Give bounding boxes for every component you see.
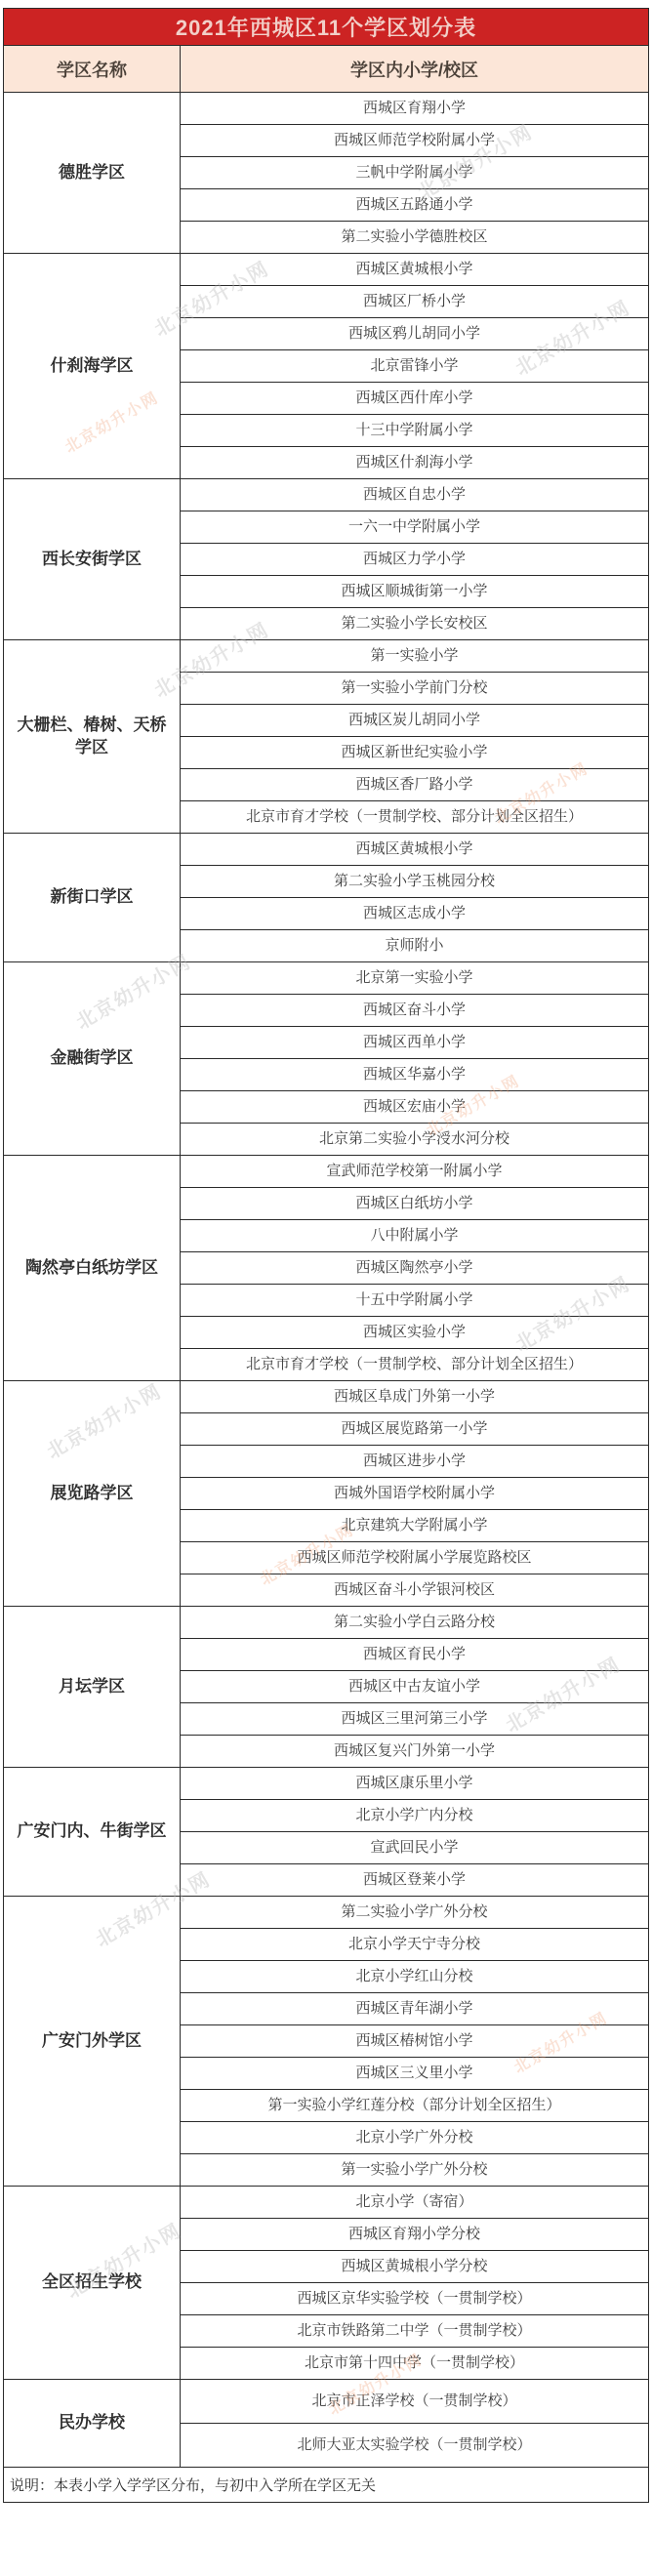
school-cell: 第二实验小学德胜校区 bbox=[181, 222, 649, 254]
district-name-cell: 西长安街学区 bbox=[4, 479, 181, 640]
header-row: 学区名称 学区内小学/校区 bbox=[4, 46, 649, 93]
district-name-cell: 民办学校 bbox=[4, 2380, 181, 2468]
column-header-district: 学区名称 bbox=[4, 46, 181, 93]
school-cell: 十五中学附属小学 bbox=[181, 1285, 649, 1317]
school-cell: 北京市正泽学校（一贯制学校） bbox=[181, 2380, 649, 2424]
table-row: 月坛学区第二实验小学白云路分校 bbox=[4, 1607, 649, 1639]
school-cell: 西城区实验小学 bbox=[181, 1317, 649, 1349]
school-cell: 西城区志成小学 bbox=[181, 898, 649, 930]
school-cell: 第二实验小学玉桃园分校 bbox=[181, 866, 649, 898]
school-cell: 西城区什刹海小学 bbox=[181, 447, 649, 479]
school-cell: 西城区中古友谊小学 bbox=[181, 1671, 649, 1703]
school-cell: 西城区阜成门外第一小学 bbox=[181, 1381, 649, 1413]
school-cell: 西城区白纸坊小学 bbox=[181, 1188, 649, 1220]
school-cell: 西城外国语学校附属小学 bbox=[181, 1478, 649, 1510]
school-cell: 北京市铁路第二中学（一贯制学校） bbox=[181, 2315, 649, 2348]
school-cell: 西城区黄城根小学 bbox=[181, 254, 649, 286]
school-cell: 第一实验小学红莲分校（部分计划全区招生） bbox=[181, 2090, 649, 2122]
table-row: 西长安街学区西城区自忠小学 bbox=[4, 479, 649, 511]
school-cell: 第一实验小学广外分校 bbox=[181, 2154, 649, 2187]
district-name-cell: 大栅栏、椿树、天桥学区 bbox=[4, 640, 181, 834]
school-cell: 西城区育翔小学分校 bbox=[181, 2219, 649, 2251]
school-cell: 西城区顺城街第一小学 bbox=[181, 576, 649, 608]
school-cell: 西城区育翔小学 bbox=[181, 93, 649, 125]
school-cell: 西城区登莱小学 bbox=[181, 1864, 649, 1897]
school-cell: 西城区陶然亭小学 bbox=[181, 1252, 649, 1285]
school-cell: 北京第二实验小学涭水河分校 bbox=[181, 1124, 649, 1156]
page-title: 2021年西城区11个学区划分表 bbox=[4, 9, 649, 46]
school-cell: 西城区宏庙小学 bbox=[181, 1091, 649, 1124]
school-cell: 第一实验小学前门分校 bbox=[181, 673, 649, 705]
table-row: 全区招生学校北京小学（寄宿） bbox=[4, 2187, 649, 2219]
table-row: 广安门内、牛街学区西城区康乐里小学 bbox=[4, 1768, 649, 1800]
table-row: 新街口学区西城区黄城根小学 bbox=[4, 834, 649, 866]
school-cell: 北京小学广外分校 bbox=[181, 2122, 649, 2154]
note-text: 说明：本表小学入学学区分布，与初中入学所在学区无关 bbox=[4, 2468, 649, 2503]
school-cell: 第二实验小学长安校区 bbox=[181, 608, 649, 640]
school-cell: 西城区育民小学 bbox=[181, 1639, 649, 1671]
note-row: 说明：本表小学入学学区分布，与初中入学所在学区无关 bbox=[4, 2468, 649, 2503]
school-cell: 西城区五路通小学 bbox=[181, 189, 649, 222]
school-cell: 北京市育才学校（一贯制学校、部分计划全区招生） bbox=[181, 1349, 649, 1381]
school-cell: 北京市育才学校（一贯制学校、部分计划全区招生） bbox=[181, 801, 649, 834]
school-cell: 北京市第十四中学（一贯制学校） bbox=[181, 2348, 649, 2380]
table-row: 大栅栏、椿树、天桥学区第一实验小学 bbox=[4, 640, 649, 673]
school-cell: 京师附小 bbox=[181, 930, 649, 962]
school-cell: 宣武回民小学 bbox=[181, 1832, 649, 1864]
district-name-cell: 金融街学区 bbox=[4, 962, 181, 1156]
school-cell: 第二实验小学白云路分校 bbox=[181, 1607, 649, 1639]
school-cell: 西城区自忠小学 bbox=[181, 479, 649, 511]
school-cell: 西城区炭儿胡同小学 bbox=[181, 705, 649, 737]
school-cell: 第二实验小学广外分校 bbox=[181, 1897, 649, 1929]
district-name-cell: 展览路学区 bbox=[4, 1381, 181, 1607]
school-cell: 西城区三里河第三小学 bbox=[181, 1703, 649, 1736]
school-cell: 西城区复兴门外第一小学 bbox=[181, 1736, 649, 1768]
school-cell: 西城区椿树馆小学 bbox=[181, 2025, 649, 2058]
district-table: 2021年西城区11个学区划分表 学区名称 学区内小学/校区 德胜学区西城区育翔… bbox=[3, 8, 649, 2503]
school-cell: 八中附属小学 bbox=[181, 1220, 649, 1252]
school-cell: 西城区师范学校附属小学展览路校区 bbox=[181, 1542, 649, 1574]
school-cell: 十三中学附属小学 bbox=[181, 415, 649, 447]
column-header-school: 学区内小学/校区 bbox=[181, 46, 649, 93]
school-cell: 西城区鸦儿胡同小学 bbox=[181, 318, 649, 350]
table-row: 展览路学区西城区阜成门外第一小学 bbox=[4, 1381, 649, 1413]
school-cell: 北京雷锋小学 bbox=[181, 350, 649, 383]
school-cell: 西城区三义里小学 bbox=[181, 2058, 649, 2090]
table-row: 广安门外学区第二实验小学广外分校 bbox=[4, 1897, 649, 1929]
district-name-cell: 德胜学区 bbox=[4, 93, 181, 254]
school-cell: 西城区进步小学 bbox=[181, 1446, 649, 1478]
school-cell: 宣武师范学校第一附属小学 bbox=[181, 1156, 649, 1188]
school-cell: 一六一中学附属小学 bbox=[181, 511, 649, 544]
district-name-cell: 什刹海学区 bbox=[4, 254, 181, 479]
page: 北京幼升小网 北京幼升小网 北京幼升小网 北京幼升小网 北京幼升小网 北京幼升小… bbox=[0, 0, 652, 2576]
school-cell: 西城区康乐里小学 bbox=[181, 1768, 649, 1800]
table-row: 德胜学区西城区育翔小学 bbox=[4, 93, 649, 125]
school-cell: 西城区西什库小学 bbox=[181, 383, 649, 415]
school-cell: 北京小学天宁寺分校 bbox=[181, 1929, 649, 1961]
district-name-cell: 广安门内、牛街学区 bbox=[4, 1768, 181, 1897]
school-cell: 西城区力学小学 bbox=[181, 544, 649, 576]
school-cell: 西城区西单小学 bbox=[181, 1027, 649, 1059]
school-cell: 北师大亚太实验学校（一贯制学校） bbox=[181, 2424, 649, 2468]
school-cell: 西城区师范学校附属小学 bbox=[181, 125, 649, 157]
school-cell: 西城区奋斗小学银河校区 bbox=[181, 1574, 649, 1607]
school-cell: 北京小学广内分校 bbox=[181, 1800, 649, 1832]
title-row: 2021年西城区11个学区划分表 bbox=[4, 9, 649, 46]
school-cell: 西城区京华实验学校（一贯制学校） bbox=[181, 2283, 649, 2315]
school-cell: 第一实验小学 bbox=[181, 640, 649, 673]
school-cell: 西城区青年湖小学 bbox=[181, 1993, 649, 2025]
school-cell: 西城区厂桥小学 bbox=[181, 286, 649, 318]
school-cell: 西城区香厂路小学 bbox=[181, 769, 649, 801]
table-body: 德胜学区西城区育翔小学西城区师范学校附属小学三帆中学附属小学西城区五路通小学第二… bbox=[4, 93, 649, 2468]
school-cell: 西城区展览路第一小学 bbox=[181, 1413, 649, 1446]
school-cell: 西城区黄城根小学 bbox=[181, 834, 649, 866]
school-cell: 北京小学（寄宿） bbox=[181, 2187, 649, 2219]
district-name-cell: 月坛学区 bbox=[4, 1607, 181, 1768]
school-cell: 西城区新世纪实验小学 bbox=[181, 737, 649, 769]
district-name-cell: 广安门外学区 bbox=[4, 1897, 181, 2187]
district-name-cell: 全区招生学校 bbox=[4, 2187, 181, 2380]
school-cell: 北京建筑大学附属小学 bbox=[181, 1510, 649, 1542]
school-cell: 西城区奋斗小学 bbox=[181, 995, 649, 1027]
school-cell: 北京小学红山分校 bbox=[181, 1961, 649, 1993]
table-row: 民办学校北京市正泽学校（一贯制学校） bbox=[4, 2380, 649, 2424]
table-row: 陶然亭白纸坊学区宣武师范学校第一附属小学 bbox=[4, 1156, 649, 1188]
table-row: 什刹海学区西城区黄城根小学 bbox=[4, 254, 649, 286]
district-name-cell: 新街口学区 bbox=[4, 834, 181, 962]
school-cell: 三帆中学附属小学 bbox=[181, 157, 649, 189]
school-cell: 北京第一实验小学 bbox=[181, 962, 649, 995]
table-row: 金融街学区北京第一实验小学 bbox=[4, 962, 649, 995]
school-cell: 西城区华嘉小学 bbox=[181, 1059, 649, 1091]
school-cell: 西城区黄城根小学分校 bbox=[181, 2251, 649, 2283]
district-name-cell: 陶然亭白纸坊学区 bbox=[4, 1156, 181, 1381]
